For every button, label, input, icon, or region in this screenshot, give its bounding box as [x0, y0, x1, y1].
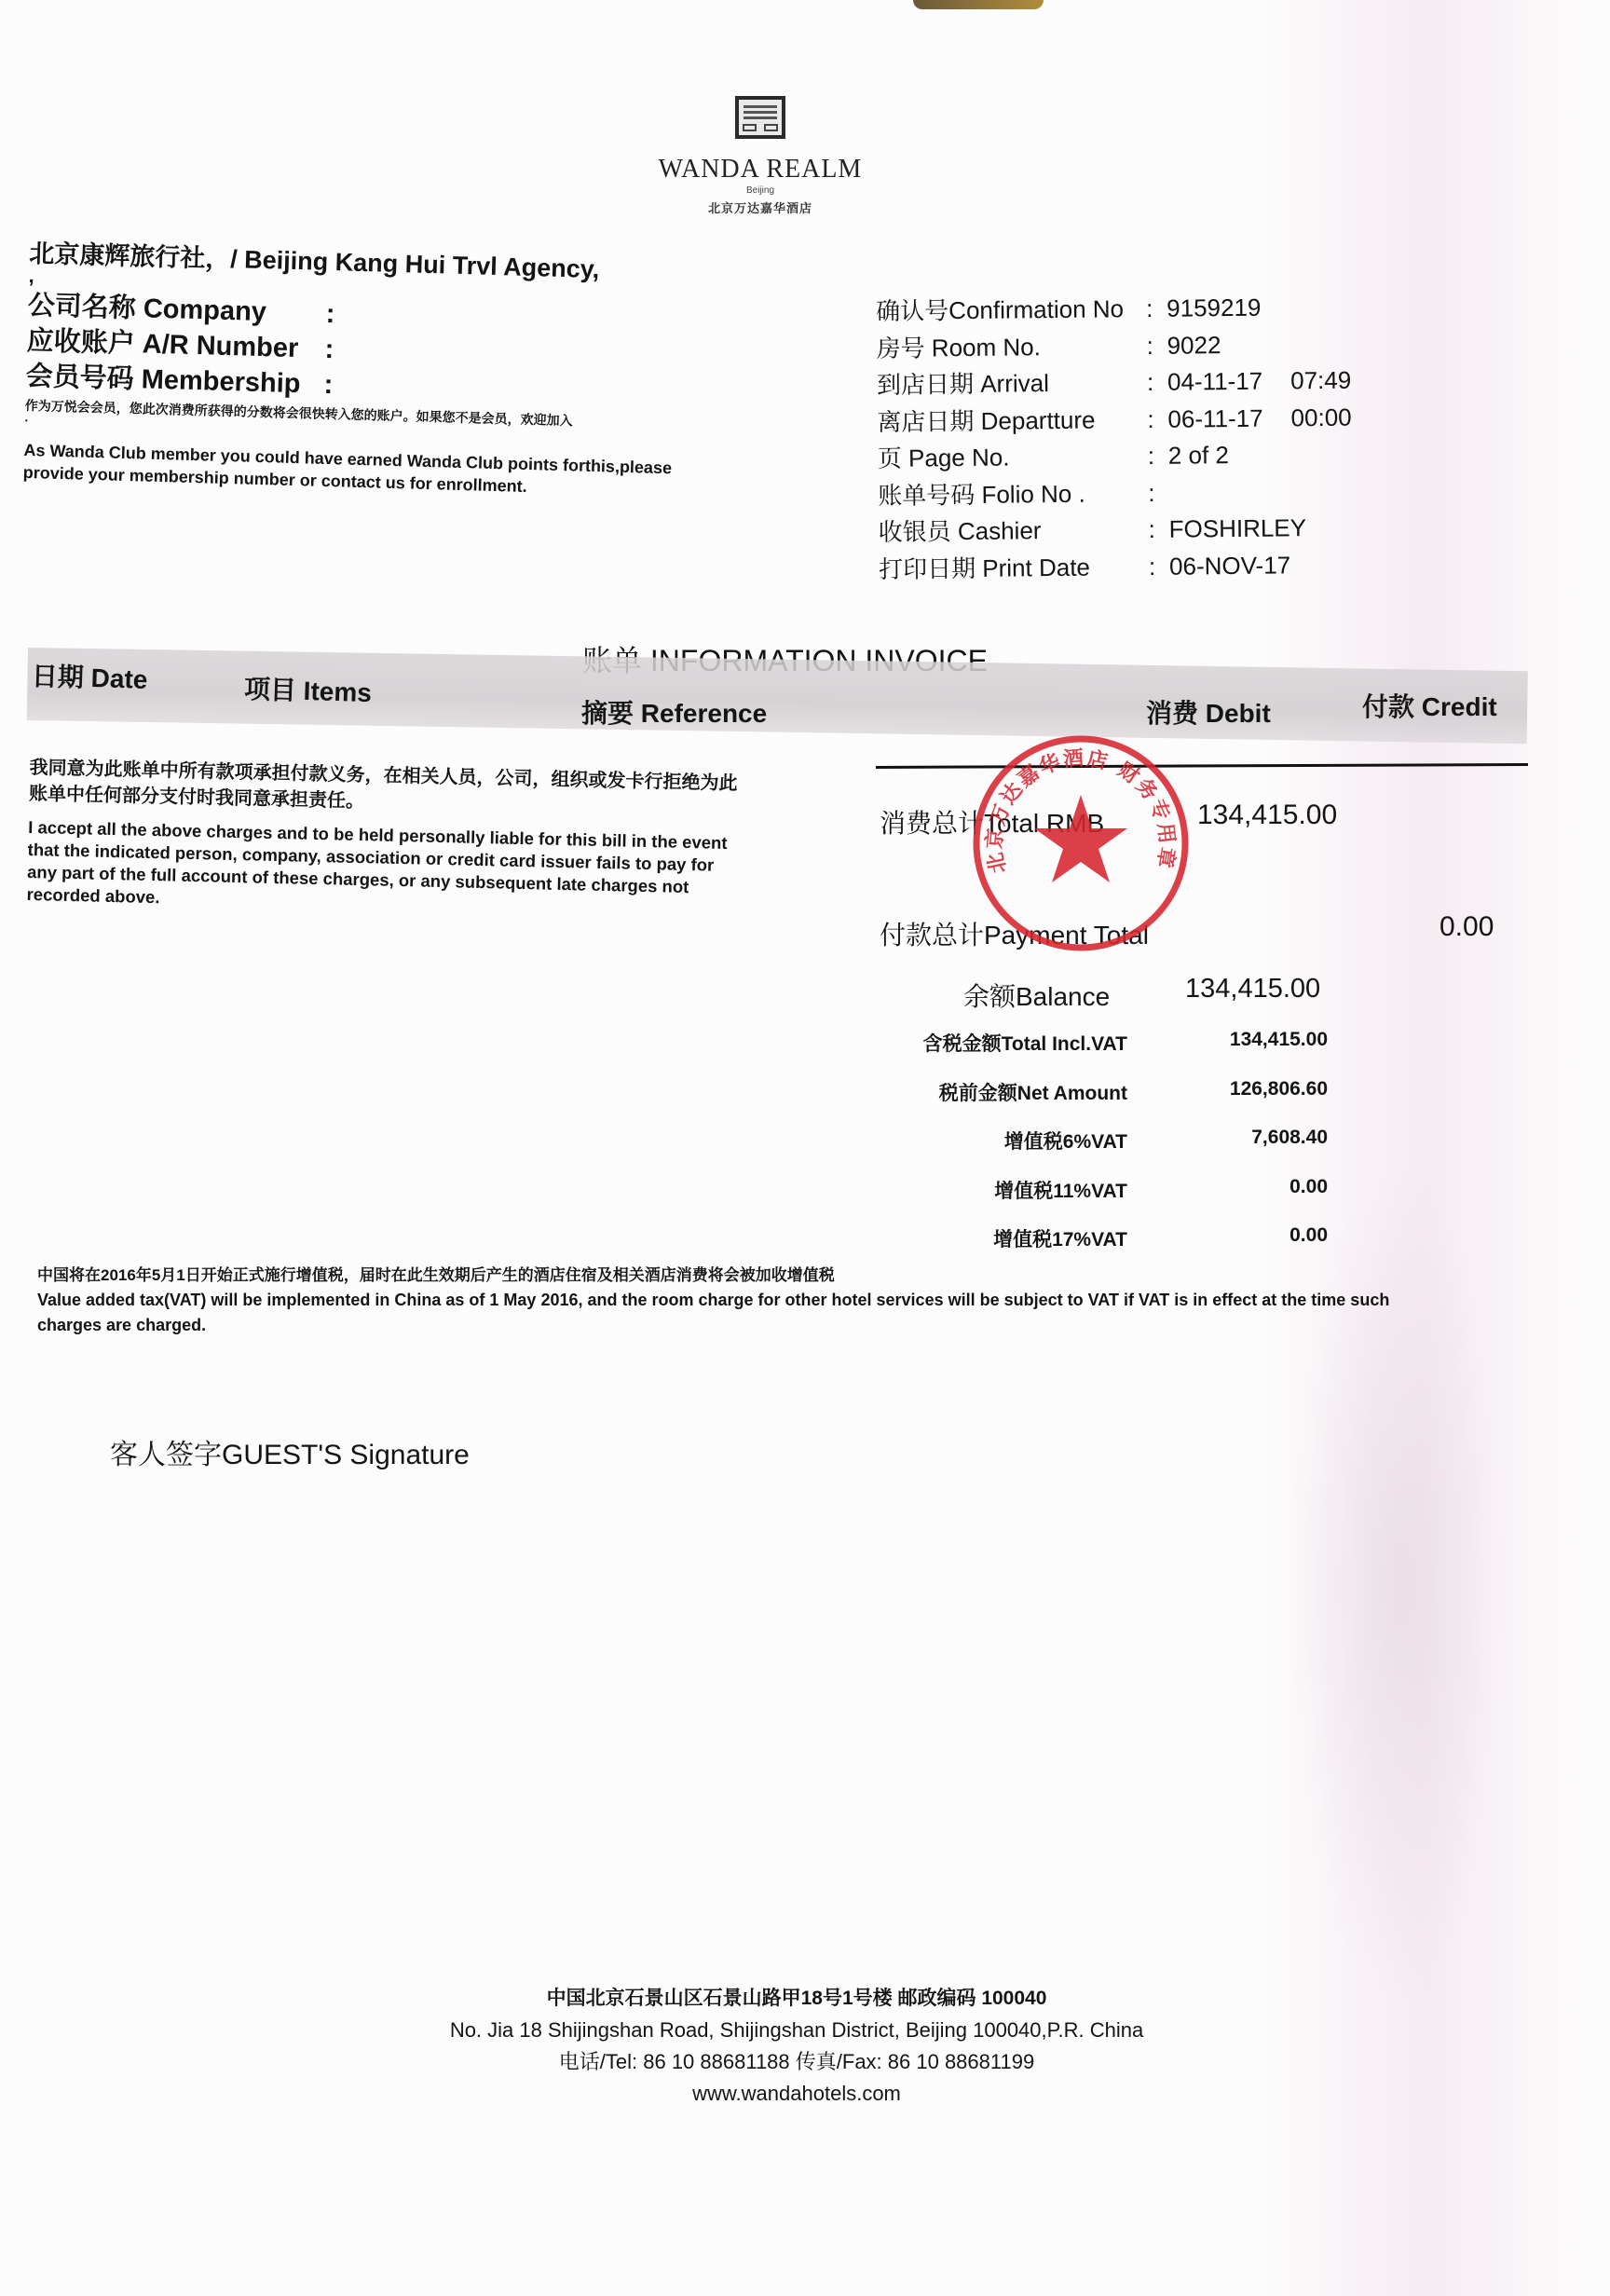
info-row: 打印日期 Print Date:06-NOV-17: [879, 546, 1354, 588]
vat-value: 0.00: [1289, 1176, 1328, 1198]
footer-address-cn: 中国北京石景山区石景山路甲18号1号楼 邮政编码 100040: [0, 1983, 1593, 2015]
info-row: 到店日期 Arrival:04-11-1707:49: [877, 362, 1352, 404]
vat-label: 增值税6%VAT: [1004, 1127, 1127, 1155]
info-colon: :: [1148, 512, 1168, 549]
total-rmb-value: 134,415.00: [1197, 799, 1337, 831]
vat-label: 增值税11%VAT: [994, 1176, 1127, 1204]
brand-name: WANDA REALM: [0, 155, 1521, 184]
info-colon: :: [1147, 401, 1167, 438]
info-value-main: 06-11-17: [1167, 400, 1263, 438]
info-row: 房号 Room No.:9022: [876, 325, 1351, 367]
field-colon: :: [325, 296, 335, 332]
guest-signature-label: 客人签字GUEST'S Signature: [110, 1431, 470, 1472]
vat-label: 税前金额Net Amount: [939, 1078, 1127, 1106]
footer-phone: 电话/Tel: 86 10 88681188 传真/Fax: 86 10 886…: [0, 2046, 1593, 2078]
info-row: 收银员 Cashier:FOSHIRLEY: [878, 510, 1353, 552]
info-value-main: FOSHIRLEY: [1168, 510, 1306, 548]
column-header-date: 日期 Date: [31, 656, 148, 697]
info-colon: :: [1148, 438, 1168, 475]
info-label: 离店日期 Departture: [877, 401, 1147, 441]
totals-divider: [876, 763, 1528, 769]
info-label: 账单号码 Folio No .: [878, 474, 1148, 514]
footer-website[interactable]: www.wandahotels.com: [0, 2078, 1593, 2110]
info-colon: :: [1147, 364, 1167, 402]
info-colon: :: [1146, 327, 1167, 364]
info-label: 到店日期 Arrival: [877, 364, 1147, 404]
column-header-reference: 摘要 Reference: [581, 693, 767, 731]
column-header-items: 项目 Items: [243, 669, 372, 710]
info-colon: :: [1149, 548, 1169, 585]
payment-total-label: 付款总计Payment Total: [880, 915, 1149, 952]
info-label: 确认号Confirmation No: [876, 291, 1146, 331]
payment-total-value: 0.00: [1439, 911, 1494, 943]
vat-breakdown: 含税金额Total Incl.VAT134,415.00税前金额Net Amou…: [876, 1025, 1342, 1270]
info-value: 06-NOV-17: [1169, 547, 1318, 585]
info-value: [1168, 474, 1196, 512]
vat-notice-en: Value added tax(VAT) will be implemented…: [37, 1288, 1435, 1338]
footer-address-en: No. Jia 18 Shijingshan Road, Shijingshan…: [0, 2015, 1593, 2046]
vat-value: 126,806.60: [1230, 1078, 1328, 1100]
info-label: 页 Page No.: [878, 438, 1148, 478]
vat-label: 增值税17%VAT: [993, 1224, 1127, 1252]
vat-value: 134,415.00: [1230, 1029, 1328, 1051]
vat-row: 增值税17%VAT0.00: [876, 1221, 1342, 1270]
info-label: 房号 Room No.: [876, 327, 1146, 367]
hotel-footer: 中国北京石景山区石景山路甲18号1号楼 邮政编码 100040 No. Jia …: [0, 1983, 1593, 2110]
info-value: 04-11-1707:49: [1167, 362, 1352, 402]
member-note-en: As Wanda Club member you could have earn…: [22, 439, 731, 503]
column-header-credit: 付款 Credit: [1362, 687, 1497, 724]
info-value: 9022: [1167, 326, 1248, 363]
field-colon: :: [324, 332, 334, 367]
info-value: 9159219: [1167, 289, 1289, 327]
vat-value: 7,608.40: [1251, 1127, 1328, 1149]
info-row: 确认号Confirmation No:9159219: [876, 289, 1351, 331]
vat-notice-cn: 中国将在2016年5月1日开始正式施行增值税，届时在此生效期后产生的酒店住宿及相…: [37, 1264, 1435, 1288]
balance-label: 余额Balance: [963, 977, 1110, 1014]
membership-label: 会员号码 Membership: [25, 359, 324, 403]
info-row: 离店日期 Departture:06-11-1700:00: [877, 399, 1352, 441]
vat-notice: 中国将在2016年5月1日开始正式施行增值税，届时在此生效期后产生的酒店住宿及相…: [37, 1264, 1435, 1338]
column-header-debit: 消费 Debit: [1146, 693, 1271, 731]
vat-label: 含税金额Total Incl.VAT: [923, 1029, 1127, 1057]
info-value: 2 of 2: [1168, 437, 1257, 474]
info-value-main: 9022: [1167, 327, 1221, 364]
info-row: 页 Page No.:2 of 2: [878, 436, 1353, 478]
vat-row: 含税金额Total Incl.VAT134,415.00: [876, 1025, 1342, 1074]
info-label: 打印日期 Print Date: [879, 548, 1149, 588]
vat-row: 增值税6%VAT7,608.40: [876, 1123, 1342, 1172]
info-value: 06-11-1700:00: [1167, 399, 1352, 438]
info-value: FOSHIRLEY: [1168, 510, 1334, 548]
brand-name-cn: 北京万达嘉华酒店: [0, 198, 1521, 216]
info-row: 账单号码 Folio No .:: [878, 472, 1353, 514]
brand-city: Beijing: [0, 185, 1521, 196]
info-value-time: 00:00: [1290, 399, 1351, 436]
info-value-main: 06-NOV-17: [1169, 547, 1290, 585]
scan-artifact: [913, 0, 1044, 9]
field-colon: :: [323, 367, 334, 403]
wanda-realm-logo-icon: [735, 96, 785, 139]
info-label: 收银员 Cashier: [878, 512, 1148, 552]
vat-value: 0.00: [1289, 1224, 1328, 1247]
info-value-main: 9159219: [1167, 290, 1262, 328]
balance-value: 134,415.00: [1185, 974, 1320, 1004]
guest-block: 北京康辉旅行社，/ Beijing Kang Hui Trvl Agency, …: [22, 233, 737, 503]
info-colon: :: [1148, 474, 1168, 512]
info-colon: :: [1146, 291, 1167, 328]
folio-info: 确认号Confirmation No:9159219房号 Room No.:90…: [876, 289, 1354, 588]
info-value-time: 07:49: [1290, 362, 1351, 400]
vat-row: 税前金额Net Amount126,806.60: [876, 1074, 1342, 1124]
info-value-main: 04-11-17: [1167, 363, 1263, 402]
info-value-main: 2 of 2: [1168, 437, 1229, 474]
vat-row: 增值税11%VAT0.00: [876, 1172, 1342, 1222]
total-rmb-label: 消费总计Total RMB: [880, 803, 1104, 840]
liability-cn: 我同意为此账单中所有款项承担付款义务，在相关人员，公司，组织或发卡行拒绝为此账单…: [29, 755, 747, 823]
liability-statement: 我同意为此账单中所有款项承担付款义务，在相关人员，公司，组织或发卡行拒绝为此账单…: [26, 755, 746, 922]
liability-en: I accept all the above charges and to be…: [26, 816, 745, 922]
